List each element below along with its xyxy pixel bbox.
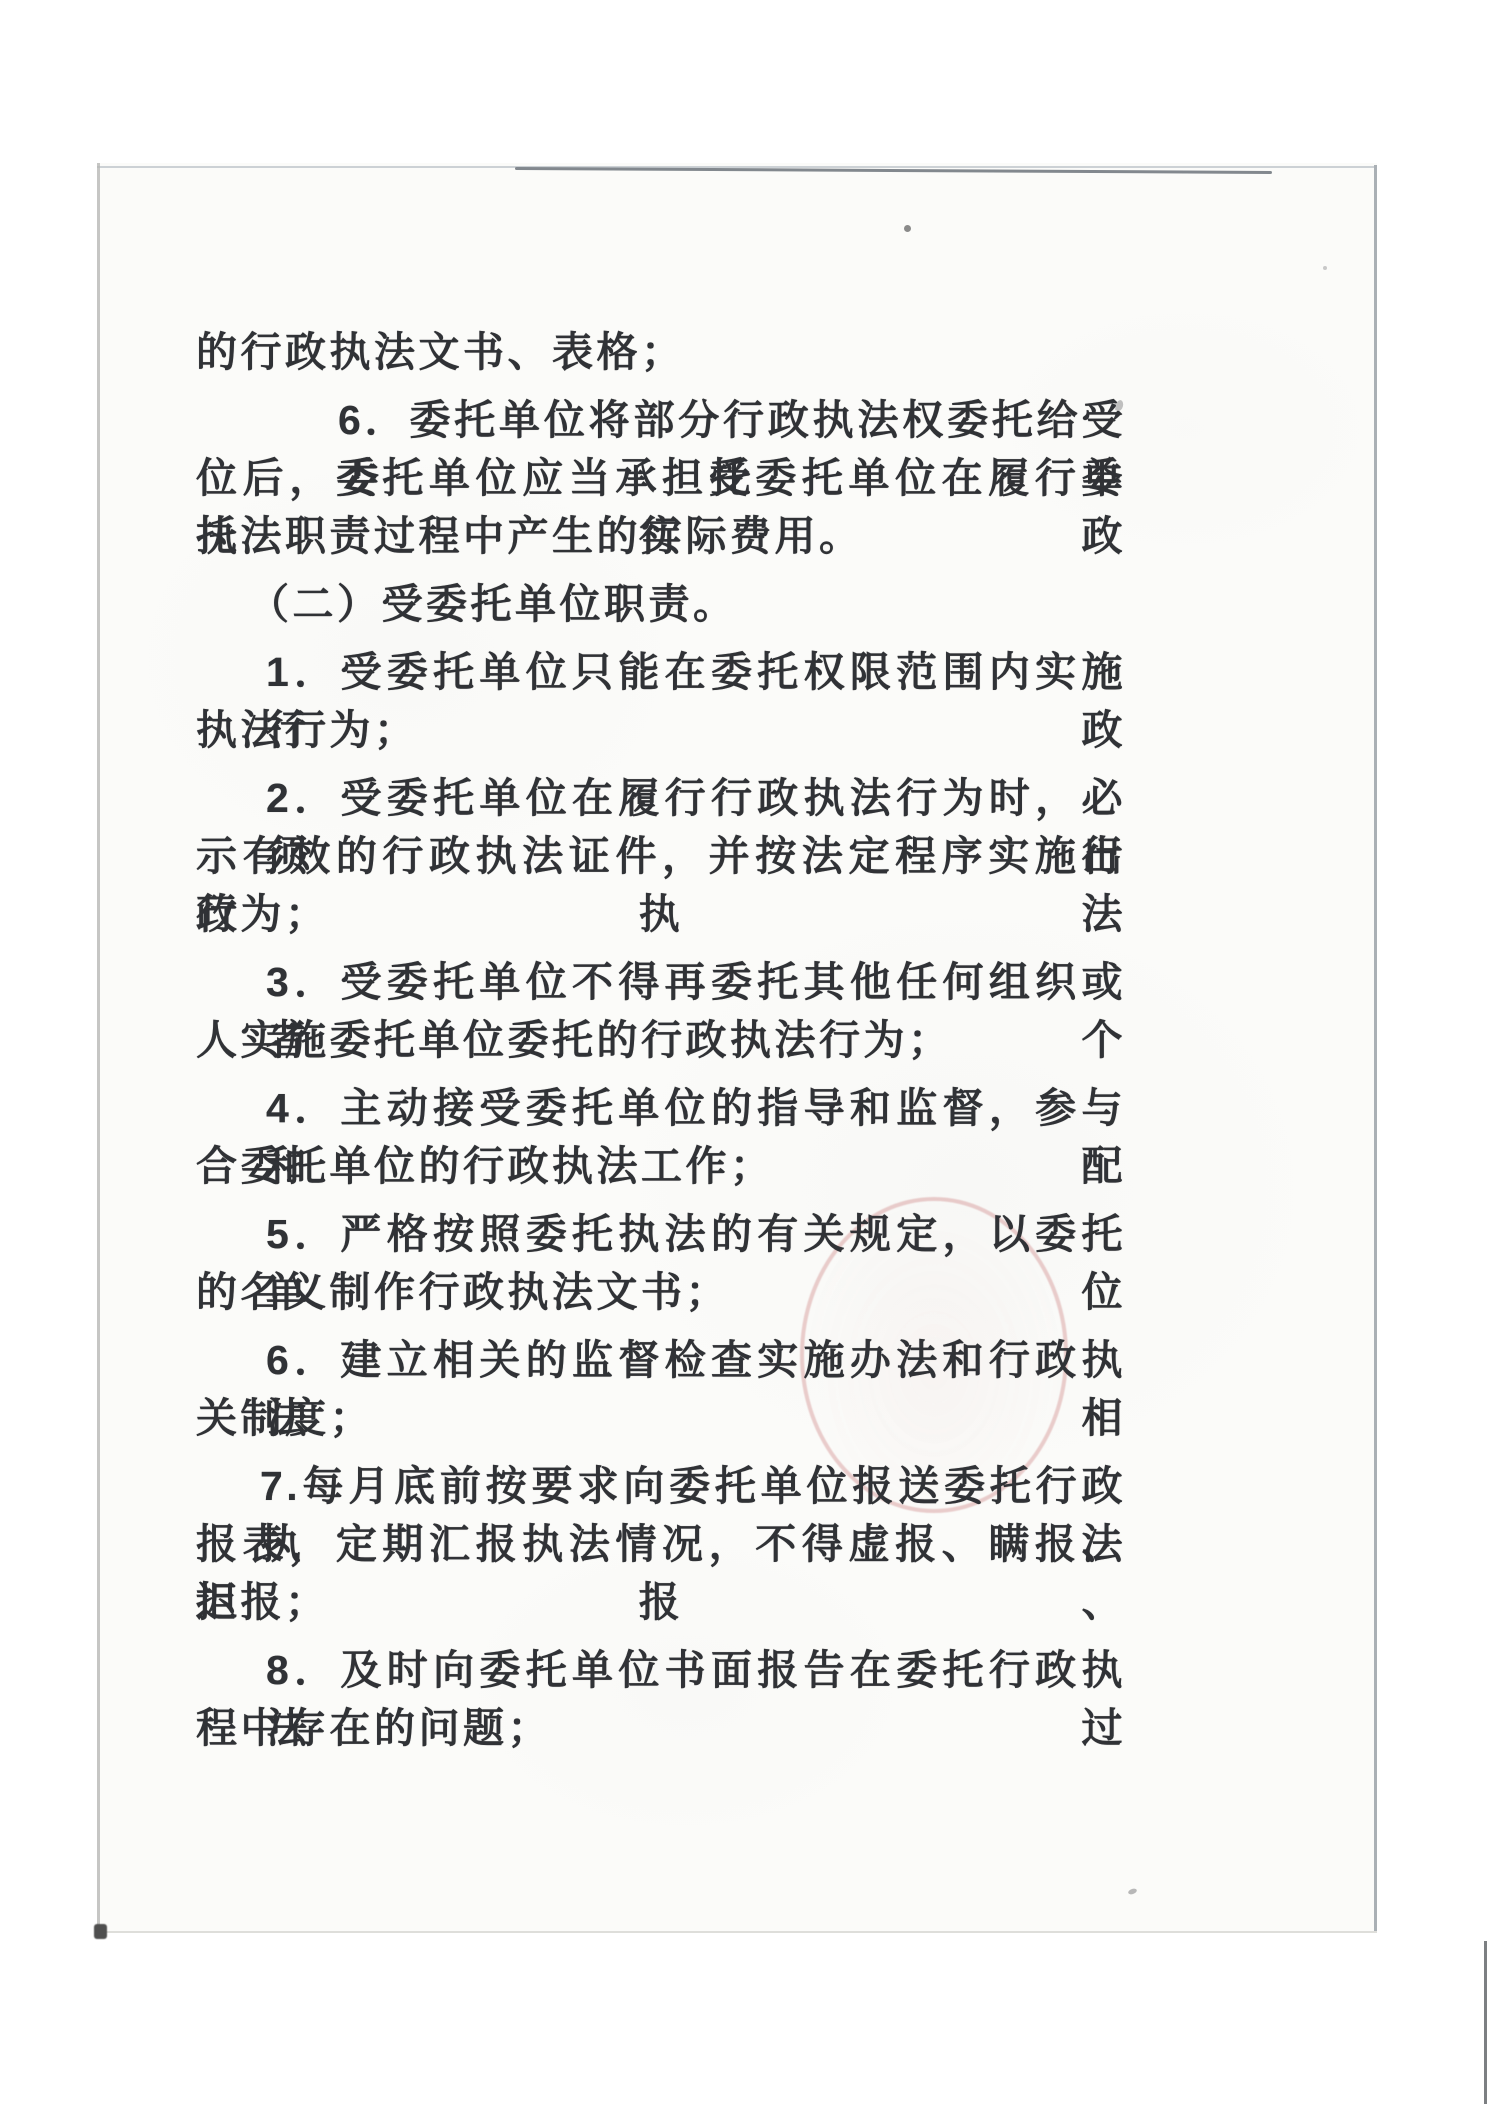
paper-right-edge: [1374, 165, 1377, 1933]
text-line: 6．建立相关的监督检查实施办法和行政执法相: [196, 1331, 1126, 1389]
text-line: 4．主动接受委托单位的指导和监督，参与和配: [196, 1079, 1126, 1137]
text-line: 报表，定期汇报执法情况，不得虚报、瞒报、拒报、: [196, 1515, 1126, 1573]
text-line: 位后，委托单位应当承担受委托单位在履行委托行政: [196, 449, 1126, 507]
text-line: 8．及时向委托单位书面报告在委托行政执法过: [196, 1641, 1126, 1699]
text-line: （二）受委托单位职责。: [196, 575, 1126, 633]
paper-sheet: 的行政执法文书、表格； 6．委托单位将部分行政执法权委托给受委托单 位后，委托单…: [97, 163, 1377, 1933]
text-line: 示有效的行政执法证件，并按法定程序实施行政执法: [196, 827, 1126, 885]
paper-bottom-edge: [97, 1931, 1377, 1933]
scan-artifact-speck: [1323, 266, 1327, 270]
paper-top-edge-shadow: [515, 167, 1272, 174]
text-line: 1．受委托单位只能在委托权限范围内实施行政: [196, 643, 1126, 701]
paper-left-edge: [97, 163, 100, 1933]
text-line: 5．严格按照委托执法的有关规定，以委托单位: [196, 1205, 1126, 1263]
document-body-text: 的行政执法文书、表格； 6．委托单位将部分行政执法权委托给受委托单 位后，委托单…: [196, 323, 1126, 1757]
text-line: 的行政执法文书、表格；: [196, 323, 1126, 381]
text-line: 6．委托单位将部分行政执法权委托给受委托单: [196, 391, 1126, 449]
text-line: 7.每月底前按要求向委托单位报送委托行政执法: [196, 1457, 1126, 1515]
scan-artifact-corner-smudge: [94, 1924, 107, 1939]
scan-artifact-speck: [904, 225, 911, 232]
text-line: 3．受委托单位不得再委托其他任何组织或者个: [196, 953, 1126, 1011]
scanner-bed-edge-line: [1484, 1941, 1487, 2104]
scanned-document-page: 的行政执法文书、表格； 6．委托单位将部分行政执法权委托给受委托单 位后，委托单…: [0, 0, 1488, 2104]
text-line: 2．受委托单位在履行行政执法行为时，必须出: [196, 769, 1126, 827]
